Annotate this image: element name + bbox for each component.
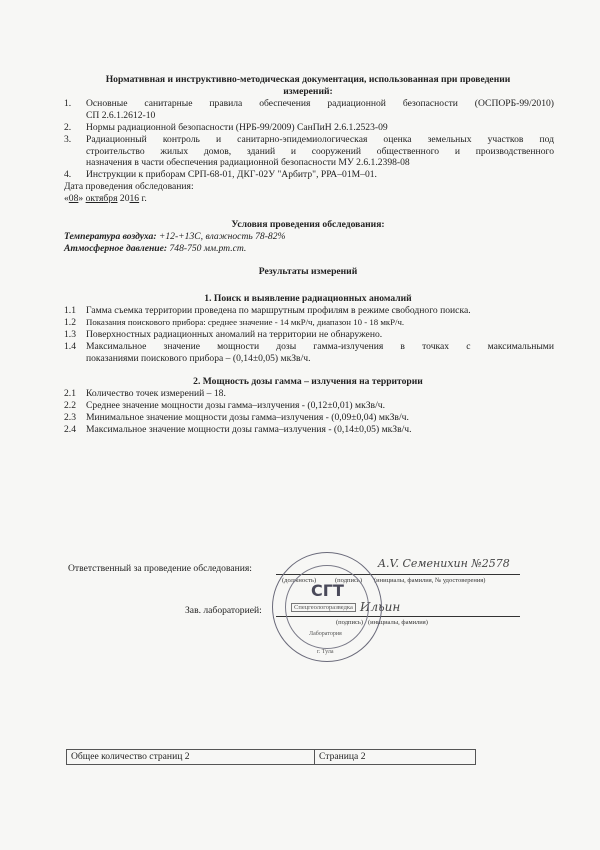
caption-initials-cert: (инициалы, фамилия, № удостоверения): [374, 577, 485, 584]
footer-table: Общее количество страниц 2 Страница 2: [66, 749, 476, 765]
docs-title-line1: Нормативная и инструктивно-методическая …: [60, 74, 556, 85]
lab-head-label: Зав. лабораторией:: [185, 605, 262, 616]
section1-title: 1. Поиск и выявление радиационных аномал…: [60, 293, 556, 304]
survey-date: «08» октября 2016 г.: [64, 193, 147, 204]
docs-title-line2: измерений:: [60, 86, 556, 97]
footer-total-pages: Общее количество страниц 2: [67, 750, 315, 764]
responsible-signature: A.V. Семенихин №2578: [378, 557, 510, 570]
stamp-logo-icon: СГТ: [311, 581, 344, 600]
temperature: Температура воздуха: +12-+13С, влажность…: [64, 231, 286, 242]
footer-page-number: Страница 2: [315, 750, 475, 764]
organization-stamp: Спецгеологоразведка СГТ Лаборатория г. Т…: [272, 552, 382, 662]
conditions-title: Условия проведения обследования:: [60, 219, 556, 230]
results-title: Результаты измерений: [60, 266, 556, 277]
pressure: Атмосферное давление: 748-750 мм.рт.ст.: [64, 243, 246, 254]
document-page: Нормативная и инструктивно-методическая …: [0, 0, 600, 850]
stamp-bottom-text: Лаборатория: [309, 631, 342, 637]
responsible-label: Ответственный за проведение обследования…: [68, 563, 252, 574]
section2-title: 2. Мощность дозы гамма – излучения на те…: [60, 376, 556, 387]
stamp-city: г. Тула: [317, 649, 334, 655]
stamp-text: Спецгеологоразведка: [291, 603, 356, 612]
survey-date-label: Дата проведения обследования:: [64, 181, 194, 192]
